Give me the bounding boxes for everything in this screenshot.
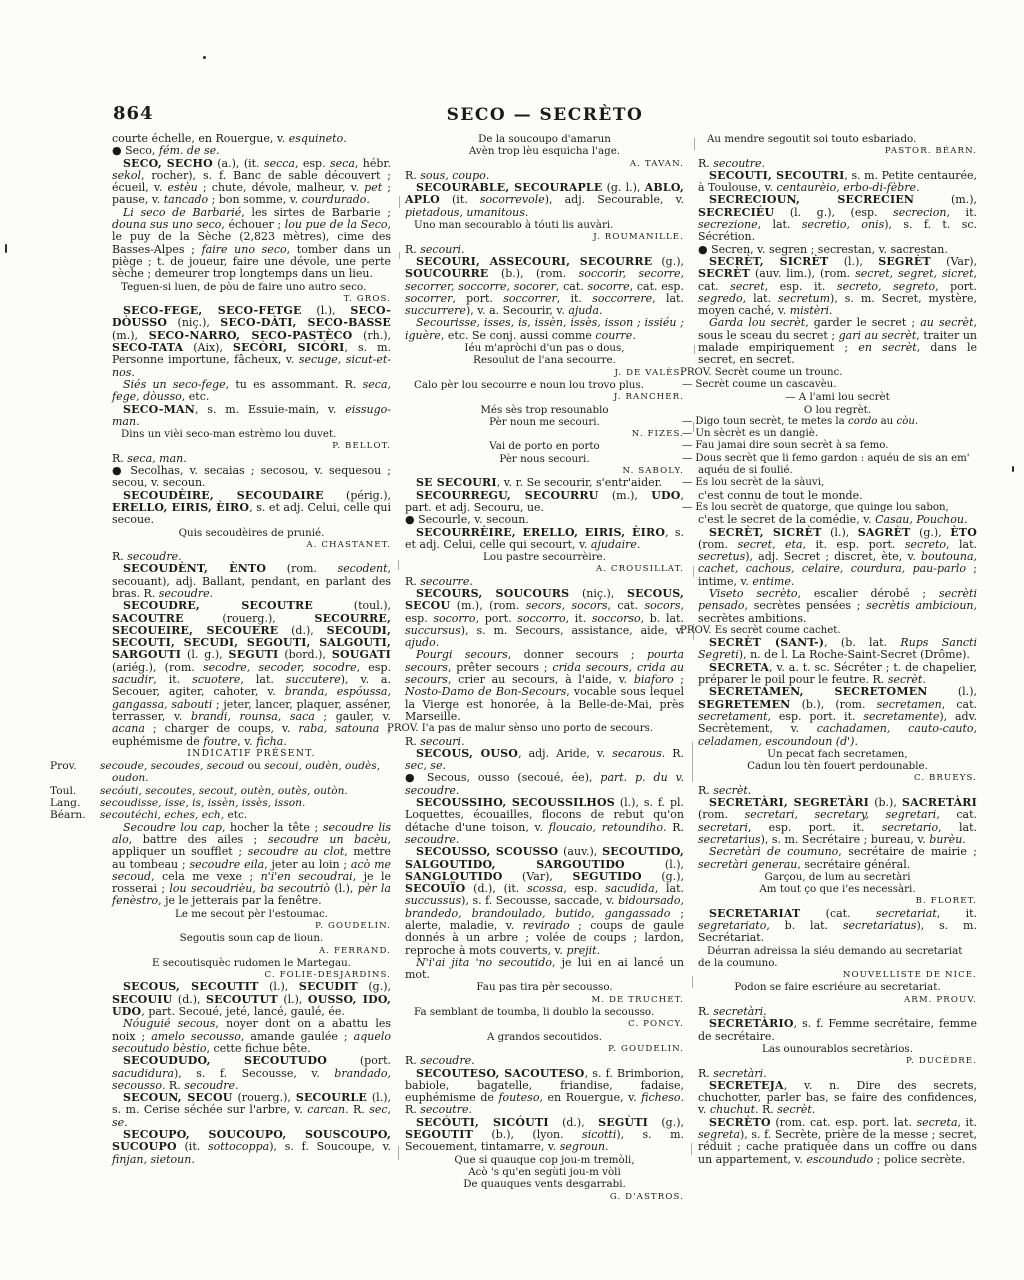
verse-line: Quis secoudèires de prunié. <box>112 527 391 539</box>
entry-paragraph: SECOUSSO, SCOUSSO (auv.), SECOUTIDO, SAL… <box>405 846 684 957</box>
entry-paragraph: SECOURABLE, SECOURAPLE (g. l.), ABLO, AP… <box>405 182 684 219</box>
column-separator-mark <box>399 196 400 208</box>
proverb-line: — Es lou secrèt de la sàuvi, <box>698 477 977 489</box>
text-paragraph: Nóuguié secous, noyer dont on a abattu l… <box>112 1018 391 1055</box>
text-paragraph: Li seco de Barbarié, les sirtes de Barba… <box>112 207 391 281</box>
quote-line: Uno man secourablo à tóuti lis auvàri. <box>405 219 684 231</box>
entry-paragraph: SECO-MAN, s. m. Essuie-main, v. eissugo-… <box>112 404 391 429</box>
verse-line: Un pecat fach secretamen, <box>698 748 977 760</box>
quote-line: Déurran adreissa la siéu demando au secr… <box>698 945 977 970</box>
column-separator-mark <box>692 742 693 782</box>
entry-paragraph: SECRECIOUN, SECRECIEN (m.), SECRECIÉU (l… <box>698 194 977 243</box>
verse-line: Garçou, de lum au secretàri <box>698 871 977 883</box>
column-separator-mark <box>398 560 399 570</box>
text-paragraph: ● Secolhas, v. secaias ; secosou, v. seq… <box>112 465 391 490</box>
entry-paragraph: SECOURRÈIRE, ERELLO, EIRIS, ÈIRO, s. et … <box>405 527 684 552</box>
entry-paragraph: SECRETA, v. a. t. sc. Sécréter ; t. de c… <box>698 662 977 687</box>
quote-line: Dins un vièi seco-man estrèmo lou duvet. <box>112 428 391 440</box>
verse-line: Am tout ço que i'es necessàri. <box>698 883 977 895</box>
entry-paragraph: SECOURREGU, SECOURRU (m.), UDO, part. et… <box>405 490 684 515</box>
verse-line: De la soucoupo d'amarun <box>405 133 684 145</box>
column-separator-mark <box>693 624 694 640</box>
verse-line: Segoutis soun cap de lioun. <box>112 932 391 944</box>
verse-line: Acò 's qu'en segùti jou-m vòli <box>405 1166 684 1178</box>
text-columns: courte échelle, en Rouergue, v. esquinet… <box>112 133 978 1203</box>
quote-line: Au mendre segoutit soi touto esbariado. <box>698 133 977 145</box>
entry-paragraph: SECRETEJA, v. n. Dire des secrets, chuch… <box>698 1080 977 1117</box>
attribution: M. DE TRUCHET. <box>405 994 684 1006</box>
entry-paragraph: SECOUDRE, SECOUTRE (toul.), SACOUTRE (ro… <box>112 600 391 748</box>
section-heading: INDICATIF PRÉSENT. <box>112 748 391 760</box>
proverb-line: — Fau jamai dire soun secrèt à sa femo. <box>698 440 977 452</box>
entry-paragraph: SECÓUTI, SICÓUTI (d.), SEGÙTI (g.), SEGO… <box>405 1117 684 1154</box>
proverb-line: PROV. Secrèt coume un trounc. <box>698 367 977 379</box>
attribution: J. DE VALÈS. <box>405 367 684 379</box>
dialect-label: Toul. <box>50 785 100 797</box>
verse-line: Més sès trop resounablo <box>405 404 684 416</box>
column-separator-mark <box>693 566 694 577</box>
entry-paragraph: SECRÈT, SICRÈT (l.), SEGRÈT (Var), SECRÈ… <box>698 256 977 317</box>
dialect-row: Prov.secoude, secoudes, secoud ou secoui… <box>112 760 391 785</box>
text-paragraph: Garda lou secrèt, garder le secret ; au … <box>698 317 977 366</box>
quote-line: Calo pèr lou secourre e noun lou trovo p… <box>405 379 684 391</box>
text-paragraph: Secoudre lou cap, hocher la tête ; secou… <box>112 822 391 908</box>
dialect-label: Béarn. <box>50 809 100 821</box>
ink-dot-artifact <box>203 56 206 59</box>
attribution: P. GOUDELIN. <box>112 920 391 932</box>
entry-paragraph: SECOUDÈNT, ÈNTO (rom. secodent, secouant… <box>112 563 391 600</box>
text-paragraph: ● Secous, ousso (secoué, ée), part. p. d… <box>405 772 684 797</box>
attribution: G. D'ASTROS. <box>405 1191 684 1203</box>
column-separator-mark <box>694 345 695 354</box>
column-separator-mark <box>692 976 693 988</box>
entry-paragraph: SECRETAMEN, SECRETOMEN (l.), SEGRETEMEN … <box>698 686 977 747</box>
entry-paragraph: SECOUSSIHO, SECOUSSILHOS (l.), s. f. pl.… <box>405 797 684 846</box>
quote-line: Fa semblant de toumba, li doublo la seco… <box>405 1006 684 1018</box>
entry-paragraph: SECRETÀRIO, s. f. Femme secrétaire, femm… <box>698 1018 977 1043</box>
attribution: A. FERRAND. <box>112 945 391 957</box>
dialect-row: Lang.secoudisse, isse, is, issèn, issès,… <box>112 797 391 809</box>
entry-paragraph: SECOURS, SOUCOURS (niç.), SECOUS, SECOU … <box>405 588 684 649</box>
entry-paragraph: SECOUS, OUSO, adj. Aride, v. secarous. R… <box>405 748 684 773</box>
verse-line: — A l'ami lou secrèt <box>698 391 977 403</box>
verse-line: O lou regrèt. <box>698 404 977 416</box>
entry-paragraph: SECRÈTO (rom. cat. esp. port. lat. secre… <box>698 1117 977 1166</box>
column-separator-mark <box>398 1146 399 1160</box>
attribution: NOUVELLISTE DE NICE. <box>698 969 977 981</box>
entry-paragraph: SECO, SECHO (a.), (it. secca, esp. seca,… <box>112 158 391 207</box>
entry-paragraph: SECOUDUDO, SECOUTUDO (port. sacudidura),… <box>112 1055 391 1092</box>
verse-line: Vai de porto en porto <box>405 440 684 452</box>
entry-paragraph: SECOUN, SECOU (rouerg.), SECOURLE (l.), … <box>112 1092 391 1129</box>
verse-line: Cadun lou tèn fouert perdounable. <box>698 760 977 772</box>
dictionary-page: 864 SECO — SECRÈTO courte échelle, en Ro… <box>0 0 1024 1280</box>
entry-paragraph: SECRETARIAT (cat. secretariat, it. segre… <box>698 908 977 945</box>
attribution: J. RANCHER. <box>405 391 684 403</box>
edge-mark-artifact <box>5 244 7 253</box>
verse-line: Iéu m'apròchi d'un pas o dous, <box>405 342 684 354</box>
text-paragraph: Pourgi secours, donner secours ; pourta … <box>405 649 684 723</box>
page-title: SECO — SECRÈTO <box>112 105 978 125</box>
column-left: courte échelle, en Rouergue, v. esquinet… <box>112 133 391 1203</box>
entry-paragraph: SECOUDÈIRE, SECOUDAIRE (périg.), ERELLO,… <box>112 490 391 527</box>
dialect-label: Prov. <box>50 760 100 772</box>
verse-line: A grandos secoutidos. <box>405 1031 684 1043</box>
text-paragraph: c'est connu de tout le monde. <box>698 490 977 502</box>
dialect-row: Toul.secóuti, secoutes, secout, outèn, o… <box>112 785 391 797</box>
text-paragraph: Secretàri de coumuno, secrétaire de mair… <box>698 846 977 871</box>
text-paragraph: Secourisse, isses, is, issèn, issès, iss… <box>405 317 684 342</box>
verse-line: Le me secout pèr l'estoumac. <box>112 908 391 920</box>
column-separator-mark <box>694 138 695 150</box>
quote-line: Teguen-si luen, de pòu de faire uno autr… <box>112 281 391 293</box>
entry-paragraph: SECRÈT, SICRÈT (l.), SAGRÈT (g.), ÈTO (r… <box>698 527 977 588</box>
proverb-line: — Secrèt coume un cascavèu. <box>698 379 977 391</box>
column-separator-mark <box>691 1143 692 1155</box>
entry-paragraph: SECRÈT (SANT-), (b. lat. Rups Sancti Seg… <box>698 637 977 662</box>
column-separator-mark <box>693 422 694 432</box>
proverb-line: — Digo toun secrèt, te metes la cordo au… <box>698 416 977 428</box>
attribution: N. FIZES. <box>405 428 684 440</box>
entry-paragraph: SECOUTI, SECOUTRI, s. m. Petite centauré… <box>698 170 977 195</box>
edge-mark-artifact <box>1012 466 1014 472</box>
verse-line: Podon se faire escriéure au secretariat. <box>698 981 977 993</box>
verse-line: Pèr noun me secouri. <box>405 416 684 428</box>
verse-line: Fau pas tira pèr secousso. <box>405 981 684 993</box>
entry-paragraph: SECOUPO, SOUCOUPO, SOUSCOUPO, SUCOUPO (i… <box>112 1129 391 1166</box>
entry-paragraph: SECOUTESO, SACOUTESO, s. f. Brimborion, … <box>405 1068 684 1117</box>
verse-line: Resoulut de l'ana secourre. <box>405 354 684 366</box>
verse-line: Avèn trop lèu esquicha l'age. <box>405 145 684 157</box>
verse-line: Lou pastre secourrèire. <box>405 551 684 563</box>
column-separator-mark <box>399 252 400 259</box>
text-paragraph: N'i'ai jita 'no secoutido, je lui en ai … <box>405 957 684 982</box>
column-center: De la soucoupo d'amarunAvèn trop lèu esq… <box>405 133 684 1203</box>
verse-line: Pèr nous secouri. <box>405 453 684 465</box>
entry-paragraph: SECRETÀRI, SEGRETÀRI (b.), SACRETÀRI (ro… <box>698 797 977 846</box>
entry-paragraph: SECOURI, ASSECOURI, SECOURRE (g.), SOUCO… <box>405 256 684 317</box>
verse-line: Las ounourablos secretàrios. <box>698 1043 977 1055</box>
verse-line: De quauques vents desgarrabi. <box>405 1178 684 1190</box>
attribution: C. PONCY. <box>405 1018 684 1030</box>
verse-line: Que si quauque cop jou-m tremòli, <box>405 1154 684 1166</box>
proverb-line: — Un sècrèt es un dangiè. <box>698 428 977 440</box>
column-right: Au mendre segoutit soi touto esbariado.P… <box>698 133 977 1203</box>
entry-paragraph: SECOUS, SECOUTIT (l.), SECUDIT (g.), SEC… <box>112 981 391 1018</box>
dialect-label: Lang. <box>50 797 100 809</box>
text-paragraph: Siés un seco-fege, tu es assommant. R. s… <box>112 379 391 404</box>
proverb-line: — Dous secrèt que li femo gardon : aquéu… <box>698 453 977 478</box>
verse-line: E secoutisquèc rudomen le Martegau. <box>112 957 391 969</box>
text-paragraph: Viseto secrèto, escalier dérobé ; secrèt… <box>698 588 977 625</box>
entry-paragraph: SECO-FEGE, SECO-FETGE (l.), SECO-DÒUSSO … <box>112 305 391 379</box>
